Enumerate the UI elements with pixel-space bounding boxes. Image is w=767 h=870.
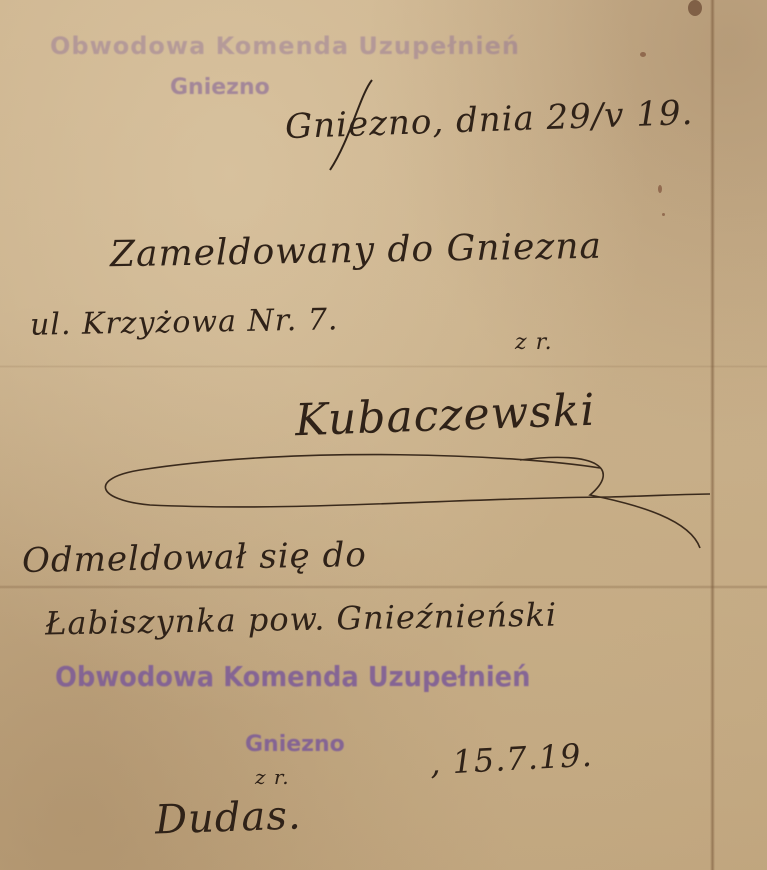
stamp-top-city: Gniezno bbox=[170, 75, 270, 100]
registration-signature: Kubaczewski bbox=[294, 385, 596, 446]
ink-stain bbox=[640, 52, 646, 57]
deregistration-line-1: Odmeldował się do bbox=[22, 535, 367, 581]
deregistration-signature: Dudas. bbox=[154, 792, 302, 843]
registration-line-1: Zameldowany do Gniezna bbox=[110, 226, 603, 276]
ink-stain bbox=[658, 185, 662, 193]
horizontal-fold-crease bbox=[0, 585, 767, 589]
ink-stain bbox=[688, 0, 702, 16]
stamp-bottom-city: Gniezno bbox=[245, 732, 345, 757]
stamp-bottom-unit-name: Obwodowa Komenda Uzupełnień bbox=[55, 660, 530, 693]
registration-place-date: Gniezno, dnia 29/v 19. bbox=[284, 93, 694, 147]
ink-stain bbox=[662, 213, 665, 216]
deregistration-initials: z r. bbox=[255, 765, 290, 789]
stamp-top-unit-name: Obwodowa Komenda Uzupełnień bbox=[50, 32, 520, 60]
deregistration-date: , 15.7.19. bbox=[429, 736, 593, 782]
horizontal-fold-crease-faint bbox=[0, 365, 767, 368]
registration-address: ul. Krzyżowa Nr. 7. bbox=[30, 302, 339, 342]
deregistration-destination: Łabiszynka pow. Gnieźnieński bbox=[45, 596, 558, 643]
vertical-fold-crease bbox=[710, 0, 715, 870]
document-page: Obwodowa Komenda Uzupełnień Gniezno Gnie… bbox=[0, 0, 767, 870]
registration-initials: z r. bbox=[515, 330, 553, 355]
